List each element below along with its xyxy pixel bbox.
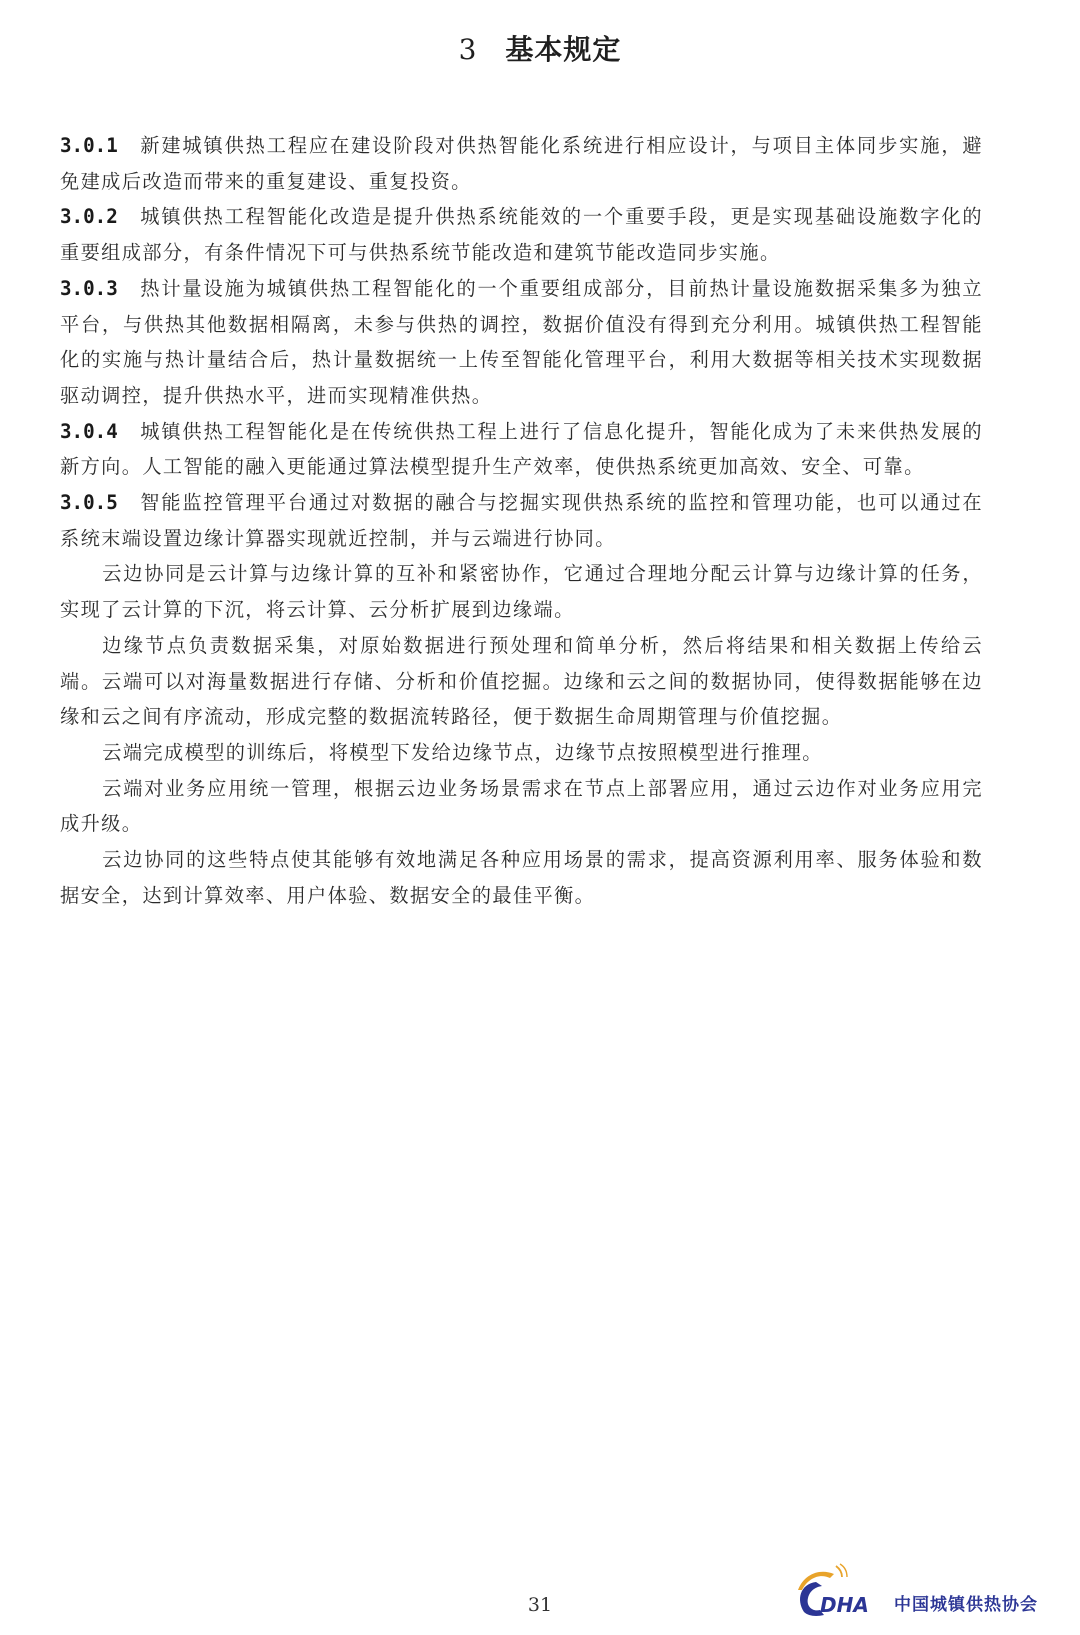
clause-text: 城镇供热工程智能化是在传统供热工程上进行了信息化提升，智能化成为了未来供热发展的… xyxy=(60,420,983,479)
clause-text: 新建城镇供热工程应在建设阶段对供热智能化系统进行相应设计，与项目主体同步实施，避… xyxy=(60,134,983,193)
clause-3-0-5: 3.0.5智能监控管理平台通过对数据的融合与挖掘实现供热系统的监控和管理功能，也… xyxy=(60,485,983,556)
clause-number: 3.0.2 xyxy=(60,205,118,228)
clause-text: 热计量设施为城镇供热工程智能化的一个重要组成部分，目前热计量设施数据采集多为独立… xyxy=(60,277,983,407)
clause-number: 3.0.4 xyxy=(60,420,118,443)
clause-text: 城镇供热工程智能化改造是提升供热系统能效的一个重要手段，更是实现基础设施数字化的… xyxy=(60,205,983,264)
clause-3-0-1: 3.0.1新建城镇供热工程应在建设阶段对供热智能化系统进行相应设计，与项目主体同… xyxy=(60,128,983,199)
clause-3-0-2: 3.0.2城镇供热工程智能化改造是提升供热系统能效的一个重要手段，更是实现基础设… xyxy=(60,199,983,270)
paragraph: 云端完成模型的训练后，将模型下发给边缘节点，边缘节点按照模型进行推理。 xyxy=(60,735,983,771)
clause-3-0-4: 3.0.4城镇供热工程智能化是在传统供热工程上进行了信息化提升，智能化成为了未来… xyxy=(60,414,983,485)
page-title: 3基本规定 xyxy=(0,28,1080,68)
paragraph: 边缘节点负责数据采集，对原始数据进行预处理和简单分析，然后将结果和相关数据上传给… xyxy=(60,628,983,735)
chapter-title: 基本规定 xyxy=(505,33,621,66)
paragraph: 云端对业务应用统一管理，根据云边业务场景需求在节点上部署应用，通过云边作对业务应… xyxy=(60,771,983,842)
clause-number: 3.0.3 xyxy=(60,277,118,300)
paragraph: 云边协同的这些特点使其能够有效地满足各种应用场景的需求，提高资源利用率、服务体验… xyxy=(60,842,983,913)
clause-3-0-3: 3.0.3热计量设施为城镇供热工程智能化的一个重要组成部分，目前热计量设施数据采… xyxy=(60,271,983,414)
chapter-number: 3 xyxy=(459,33,478,66)
cdha-logo: DHA 中国城镇供热协会 xyxy=(790,1560,1070,1620)
clause-text: 智能监控管理平台通过对数据的融合与挖掘实现供热系统的监控和管理功能，也可以通过在… xyxy=(60,491,983,550)
document-body: 3.0.1新建城镇供热工程应在建设阶段对供热智能化系统进行相应设计，与项目主体同… xyxy=(60,128,983,913)
paragraph: 云边协同是云计算与边缘计算的互补和紧密协作，它通过合理地分配云计算与边缘计算的任… xyxy=(60,556,983,627)
svg-text:DHA: DHA xyxy=(820,1593,869,1617)
cdha-logo-icon: DHA xyxy=(790,1560,890,1620)
clause-number: 3.0.5 xyxy=(60,491,118,514)
logo-org-name: 中国城镇供热协会 xyxy=(894,1590,1038,1615)
clause-number: 3.0.1 xyxy=(60,134,118,157)
